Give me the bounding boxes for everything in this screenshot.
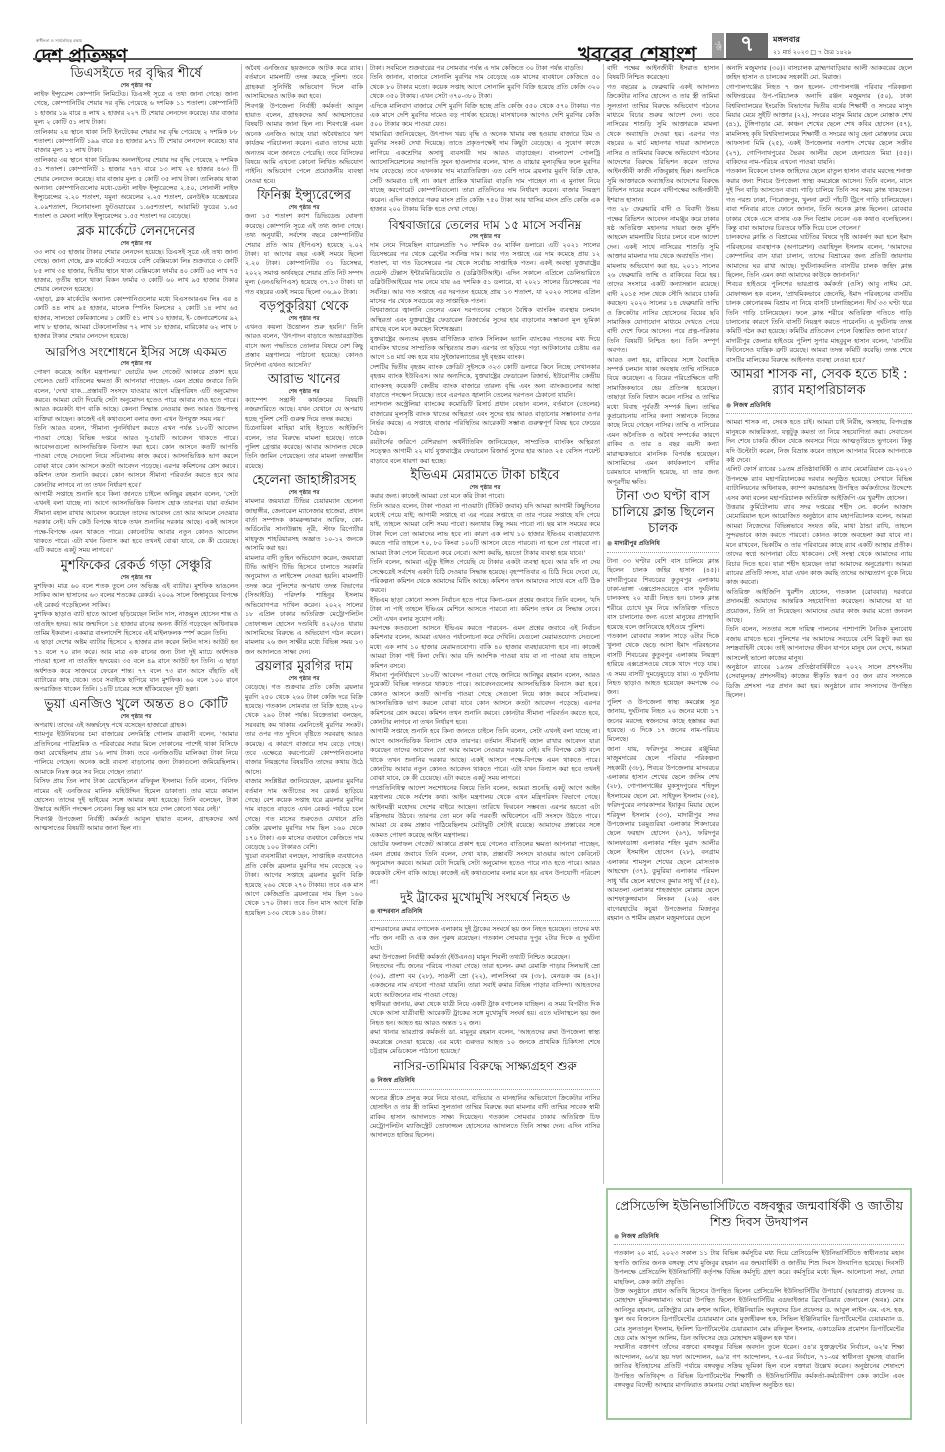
paragraph: বিশ্ববাজারে জ্বালানি তেলের এমন দরপতনের প…: [370, 306, 600, 334]
paragraph: বেড়েছে। গত শুক্রবার প্রতি কেজি ব্রয়লার…: [245, 683, 363, 777]
paragraph: পুলিশ ও উপজেলা স্বাস্থ্য কমপ্লেক্স সূত্র…: [607, 698, 719, 745]
headline: ফিনিক্স ইন্স্যুরেন্সের: [245, 188, 363, 204]
paragraph: দাম নেমে গিয়েছিল ব্যারেলপ্রতি ৭০ দশমিক …: [370, 241, 600, 307]
paragraph: টানা ৩৩ ঘণ্টার বেশি বাস চালিয়ে ক্লান্ত …: [607, 557, 719, 632]
paragraph: মুশফিক ছাড়াও ব্যাট হাতে আলো ছড়িয়েছেন …: [34, 610, 238, 638]
column-divider: [722, 64, 723, 1184]
article-broiler: ব্রয়লার মুরগির দাম শেষ পৃষ্ঠার পর বেড়ে…: [245, 659, 363, 918]
headline: ডিএসইতে দর বৃদ্ধির শীর্ষে: [34, 66, 238, 82]
article-helena: হেলেনা জাহাঙ্গীরসহ শেষ পৃষ্ঠার পর মামলার…: [245, 473, 363, 657]
byline: নিজস্ব প্রতিনিধি: [614, 1232, 904, 1241]
paragraph: নিহতদের পাঁচ জনের পরিচয় পাওয়া গেছে। তা…: [370, 962, 600, 1000]
continued-label: শেষ পৃষ্ঠার পর: [245, 204, 363, 212]
paragraph: মামলার বাদী তুহিন অভিযোগ করেন, জয়যাত্রা…: [245, 554, 363, 657]
byline: মাদারীপুর প্রতিনিধি: [607, 539, 719, 548]
dotted-divider: [370, 1089, 600, 1090]
paragraph: আগামী সপ্তাহে শুনানি হবে কিনা জানতে চাইল…: [370, 727, 600, 783]
headline: ভুয়া এনজিও খুলে অন্তত ৪০ কোটি: [34, 697, 238, 713]
paragraph: ইভিএম ছাড়া কোনো সংসদ নির্বাচন হতে পারে …: [370, 596, 600, 624]
paragraph: আগামী সপ্তাহে শুনানি হবে কিনা জানতে চাইল…: [34, 490, 238, 556]
paragraph: শিবগঞ্জ উপজেলা নির্বাহী কর্মকর্তা আবুল হ…: [34, 815, 238, 834]
paragraph: মামলার জয়যাত্রা টিভির চেয়ারম্যান হেলেন…: [245, 497, 363, 553]
paragraph: ভোটের ফলাফল গেজেট আকারে প্রকাশ হয়ে গেলে…: [370, 840, 600, 887]
article-trucks: দুই ট্রাকের মুখোমুখি সংঘর্ষে নিহত ৬ বান্…: [370, 889, 600, 1056]
article-ngo: ভুয়া এনজিও খুলে অন্তত ৪০ কোটি শেষ পৃষ্ঠ…: [34, 697, 238, 834]
paragraph: উত্তরার কুর্মিটোলায় র‍্যাব সদর দপ্তরের …: [726, 503, 912, 588]
paragraph: রুমা থানার ভারপ্রাপ্ত কর্মকর্তা ডা. মামু…: [370, 1028, 600, 1056]
continued-label: শেষ পৃষ্ঠার পর: [245, 675, 363, 683]
paragraph: পোষণ করেছে আইন মন্ত্রণালয়।' ভোটের ফল গে…: [34, 368, 238, 424]
dotted-divider: [370, 920, 600, 921]
headline: মুশফিকের রেকর্ড গড়া সেঞ্চুরি: [34, 558, 238, 574]
paragraph: অপরাধ। তাদের এই অন্তর্দ্বন্দ্বে পথে বসেছ…: [34, 721, 238, 730]
paragraph: মাদারীপুর জেলার হাইওয়ে পুলিশ সুপার মাহব…: [726, 337, 912, 365]
article-rab: আমরা শাসক না, সেবক হতে চাই : র‍্যাব মহাপ…: [726, 367, 912, 701]
paragraph: গতকাল বিকেলে চালক জাহিদের ছেলে রাতুল হাস…: [726, 167, 912, 233]
paragraph: গত ২৮ ফেব্রুয়ারি বাদী ও বিবাদী উভয় পক্…: [607, 205, 719, 261]
continued-label: শেষ পৃষ্ঠার পর: [34, 240, 238, 248]
paragraph: দেশটির দ্বিতীয় বৃহত্তম ব্যাংক ক্রেডিট স…: [370, 363, 600, 401]
paragraph: চালকদের ক্লান্তি ও বিশ্রামের ঘাটতির বিষয…: [726, 233, 912, 280]
column-2: অবৈধ এনজিওর ছয়জনকে আটক করে র‍্যাব। বর্ত…: [245, 64, 363, 1424]
paragraph: বিসিফ প্রায় তিন লাখ টাকা রেখেছিলেন রফিক…: [34, 777, 238, 815]
paragraph: অন্যের স্ত্রীকে প্রলুব্ধ করে নিয়ে যাওয়…: [370, 1094, 600, 1141]
article-presidency-box: প্রেসিডেন্সি ইউনিভার্সিটিতে বঙ্গবন্ধুর জ…: [606, 1188, 912, 1420]
article-arav: আরাভ খানের শেষ পৃষ্ঠার পর ক্যাম্পেশ সন্ত…: [245, 372, 363, 471]
paragraph: অনাদি মজুমদার (৩০)। বাসচালক ব্রাহ্মণবাড়…: [726, 64, 912, 83]
paragraph: গত বছরের ৯ ফেব্রুয়ারি একই আদালত ক্রিকেট…: [607, 83, 719, 205]
headline: ইভিএম মেরামতে টাকা চাইবে: [370, 468, 600, 484]
article-nasir: নাসির-তামিমার বিরুদ্ধে সাক্ষ্যগ্রহণ শুরু…: [370, 1058, 600, 1140]
paragraph: এখনও কয়লা উত্তোলন শুরু হয়নি।' তিনি আরও…: [245, 323, 363, 370]
headline: আমরা শাসক না, সেবক হতে চাই : র‍্যাব মহাপ…: [726, 367, 912, 399]
paragraph: জানা যায়, ফরিদপুর সদরের রঞ্জুমিয়া মাজু…: [607, 745, 719, 924]
paragraph: মুশফিক। মাত্র ৬০ বলে শতক তুলে নেন অভিজ্ঞ…: [34, 582, 238, 610]
paragraph: এ ছাড়া দেশের অষ্টম ব্যাটার হিসেবে ২ হাজ…: [34, 638, 238, 694]
headline: দুই ট্রাকের মুখোমুখি সংঘর্ষে নিহত ৬: [370, 889, 600, 905]
byline: নিজস্ব প্রতিনিধি: [370, 1076, 600, 1085]
paragraph: তালিকায় ২য় স্থানে থাকা সিটি ইনটেকের শে…: [34, 128, 238, 156]
article-oil: বিশ্ববাজারে তেলের দাম ১৫ মাসে সর্বনিম্ন …: [370, 217, 600, 467]
headline: আরাভ খানের: [245, 372, 363, 388]
headline: ব্রয়লার মুরগির দাম: [245, 659, 363, 675]
paragraph: তিনি আরও বলেন, টাকা পাওয়া না পাওয়াটা (…: [370, 502, 600, 558]
headline: বিশ্ববাজারে তেলের দাম ১৫ মাসে সর্বনিম্ন: [370, 217, 600, 233]
paragraph: অতিরিক্ত আইজিপি খুরশীদ হোসেন, গতকাল (রোব…: [726, 588, 912, 626]
continued-label: শেষ পৃষ্ঠার পর: [34, 713, 238, 721]
continued-label: শেষ পৃষ্ঠার পর: [34, 574, 238, 582]
paragraph: সম্মানীত বক্তাগণ তাঁদের বক্তব্যে বঙ্গবন্…: [614, 1343, 904, 1390]
paragraph: ক্যাম্পেশ সন্ত্রাসী কার্যক্রমের বিষয়টি …: [245, 396, 363, 424]
issue-day: মঙ্গলবার: [773, 34, 800, 47]
article-barapukuria: বড়পুকুরিয়া থেকে শেষ পৃষ্ঠার পর এখনও কয…: [245, 299, 363, 370]
paragraph: অনুষ্ঠানে র‍্যাবের ১৯তম প্রতিষ্ঠাবার্ষিক…: [726, 663, 912, 701]
article-phoenix: ফিনিক্স ইন্স্যুরেন্সের শেষ পৃষ্ঠার পর জন…: [245, 188, 363, 297]
headline: টানা ৩৩ ঘণ্টা বাস চালিয়ে ক্লান্ত ছিলেন …: [607, 489, 719, 537]
paragraph: অবৈধ এনজিওর ছয়জনকে আটক করে র‍্যাব। বর্ত…: [245, 64, 363, 102]
paragraph: কমপক্ষে কতগুলো আসনে ইভিএম করতে পারবেন- এ…: [370, 624, 600, 671]
continued-label: শেষ পৃষ্ঠার পর: [245, 489, 363, 497]
paragraph: গতকাল রোববার সকাল সাড়ে ৬টার দিকে খুলনা …: [607, 632, 719, 698]
article-rpo: আরপিও সংশোধনে ইসির সঙ্গে একমত শেষ পৃষ্ঠা…: [34, 344, 238, 556]
paragraph: উক্ত অনুষ্ঠানে প্রধান অতিথি হিসেবে উপস্থ…: [614, 1287, 904, 1343]
paragraph: তালিকার ৩য় স্থানে থাকা বিডিকম অনলাইনের …: [34, 156, 238, 222]
paragraph: গণপ্রতিনিধিত্ব আদেশ সংশোধনের বিষয়ে তিনি…: [370, 784, 600, 840]
continued-label: শেষ পৃষ্ঠার পর: [34, 360, 238, 368]
headline: ব্লক মার্কেটে লেনদেনের: [34, 224, 238, 240]
paragraph: তিনি বলেন, সততার সঙ্গে দায়িত্ব পালনের প…: [726, 625, 912, 663]
column-3: টাকা। সবমিলে শুক্রবারের পর সোমবার পর্যন্…: [370, 64, 600, 1424]
paragraph: করার জন্য। কাজেই আমরা তো মনে করি টাকা পা…: [370, 492, 600, 501]
column-divider: [366, 64, 367, 1424]
paragraph: রয়টার্সের জরিপে বেশিরভাগ অর্থনীতিবিদ জা…: [370, 438, 600, 466]
paragraph: লাইফ ইন্স্যুরেন্স কোম্পানি লিমিটেড। ডিএস…: [34, 90, 238, 128]
headline: নাসির-তামিমার বিরুদ্ধে সাক্ষ্যগ্রহণ শুরু: [370, 1058, 600, 1074]
paragraph: শ্যামপুর ইউনিয়নের চমা বাজারের লেদমিস্ত্…: [34, 730, 238, 777]
byline: নিজস্ব প্রতিনিধি: [726, 401, 912, 410]
masthead: স্বাধীনতা ও সার্বভৌমত্ব রক্ষায় দেশ প্রত…: [0, 0, 945, 58]
paragraph: রুমা উপজেলা নির্বাহী কর্মকর্তা (ইউএনও) ম…: [370, 953, 600, 962]
article-evm: ইভিএম মেরামতে টাকা চাইবে শেষ পৃষ্ঠার পর …: [370, 468, 600, 887]
issue-date: ২১ মার্চ ২০২৩ □ ৭ চৈত্র ১৪২৯: [773, 47, 851, 58]
continued-label: শেষ পৃষ্ঠার পর: [370, 484, 600, 492]
article-block-market: ব্লক মার্কেটে লেনদেনের শেষ পৃষ্ঠার পর ৩৩…: [34, 224, 238, 342]
dotted-divider: [726, 413, 912, 414]
dotted-divider: [614, 1244, 904, 1245]
paragraph: মামলায় অভিযোগ করা হয়, ২০১১ সালের ২৬ ফে…: [607, 262, 719, 356]
headline: প্রেসিডেন্সি ইউনিভার্সিটিতে বঙ্গবন্ধুর জ…: [614, 1198, 904, 1230]
byline: বান্দরবান প্রতিনিধি: [370, 907, 600, 916]
paragraph: খামারিরা জানিয়েছেন, উৎপাদন খরচ বৃদ্ধি ও…: [370, 130, 600, 215]
paragraph: বান্দরবানের রুমার বগালেক এলাকায় দুই ট্র…: [370, 925, 600, 953]
headline: আরপিও সংশোধনে ইসির সঙ্গে একমত: [34, 344, 238, 360]
paragraph: ৩৩ লাখ ৩৫ হাজার টাকার শেয়ার লেনদেন হয়ে…: [34, 248, 238, 295]
continued-label: শেষ পৃষ্ঠার পর: [34, 82, 238, 90]
paragraph: টাকা। সবমিলে শুক্রবারের পর সোমবার পর্যন্…: [370, 64, 600, 73]
paragraph: শিবগঞ্জ উপজেলা নির্বাহী কর্মকর্তা আবুল হ…: [245, 102, 363, 187]
paragraph: বাজার সংশ্লিষ্টরা জানিয়েছেন, ব্রয়লার ম…: [245, 777, 363, 852]
paragraph: তিনি বলেন, আমরা এটুকু ইঙ্গিত পেয়েছি যে …: [370, 558, 600, 596]
paragraph: যুক্তরাষ্ট্রের অন্যতম বৃহত্তম বাণিজ্যিক …: [370, 335, 600, 363]
article-mushfiq: মুশফিকের রেকর্ড গড়া সেঞ্চুরি শেষ পৃষ্ঠা…: [34, 558, 238, 695]
paragraph: আরও বলা হয়, রাকিবের সঙ্গে বৈবাহিক সম্পর…: [607, 356, 719, 488]
paragraph: জন্য ১৫ শতাংশ ক্যাশ ডিভিডেন্ড ঘোষণা করেছ…: [245, 212, 363, 297]
column-1: ডিএসইতে দর বৃদ্ধির শীর্ষে শেষ পৃষ্ঠার পর…: [34, 64, 238, 1424]
dotted-divider: [607, 552, 719, 553]
column-divider: [241, 64, 242, 1424]
page-number: ৭: [726, 33, 768, 58]
paragraph: গতকাল ২০ মার্চ, ২০২৩ সকাল ১১ টায় বিভিন্…: [614, 1249, 904, 1287]
paragraph: তিনি জানান, বাজারে সোনালি মুরগির দাম বেড…: [370, 73, 600, 101]
paragraph: এছাড়া, ব্লক মার্কেটের অন্যান্য কোম্পানি…: [34, 295, 238, 342]
continued-label: শেষ পৃষ্ঠার পর: [245, 315, 363, 323]
article-bus-driver: টানা ৩৩ ঘণ্টা বাস চালিয়ে ক্লান্ত ছিলেন …: [607, 489, 719, 923]
page-label: পৃষ্ঠা: [712, 33, 724, 58]
column-5: অনাদি মজুমদার (৩০)। বাসচালক ব্রাহ্মণবাড়…: [726, 64, 912, 1184]
paragraph: আমরা শাসক না, সেবক হতে চাই। আমরা চাই নির…: [726, 418, 912, 465]
column-divider: [603, 64, 604, 1184]
paragraph: গোপালগঞ্জের নিহত ৭ জন হলেন- গোপালগঞ্জ পর…: [726, 83, 912, 168]
continued-label: শেষ পৃষ্ঠার পর: [370, 233, 600, 241]
article-dse: ডিএসইতে দর বৃদ্ধির শীর্ষে শেষ পৃষ্ঠার পর…: [34, 66, 238, 222]
paragraph: খুচরা ব্যবসায়ীরা বলছেন, সাপ্তাহিক ব্যবধ…: [245, 852, 363, 918]
paragraph: সীমানা পুনর্নির্ধারণে ১৮০টি আবেদন পাওয়া…: [370, 671, 600, 727]
masthead-rule: [33, 58, 913, 60]
paragraph: এদিকে মালিবাগ বাজারে দেশি মুরগি বিক্রি হ…: [370, 102, 600, 130]
continued-label: শেষ পৃষ্ঠার পর: [245, 388, 363, 396]
paragraph: এলিট ফোর্স র‍্যাবের ১৯তম প্রতিষ্ঠাবার্ষি…: [726, 465, 912, 503]
paragraph: ন্যাশনাল অস্ট্রেলিয়া ব্যাংকের কমোডিটি র…: [370, 400, 600, 438]
headline: হেলেনা জাহাঙ্গীরসহ: [245, 473, 363, 489]
paragraph: স্থানীয়রা জানায়, রুমা থেকে যাত্রী নিয়…: [370, 1000, 600, 1028]
paragraph: বাদী পক্ষের আইনজীবী ইসরাত হাসান বিষয়টি …: [607, 64, 719, 83]
column-4: বাদী পক্ষের আইনজীবী ইসরাত হাসান বিষয়টি …: [607, 64, 719, 1184]
paragraph: শিবচর হাইওয়ে পুলিশের ভারপ্রাপ্ত কর্মকর্…: [726, 280, 912, 336]
paragraph: চিত্রনায়িকা মাহিয়া মাহি ইস্যুতে আইজিপি…: [245, 424, 363, 471]
headline: বড়পুকুরিয়া থেকে: [245, 299, 363, 315]
paragraph: তিনি আরও বলেন, 'সীমানা পুনর্নির্ধারণ করত…: [34, 424, 238, 490]
